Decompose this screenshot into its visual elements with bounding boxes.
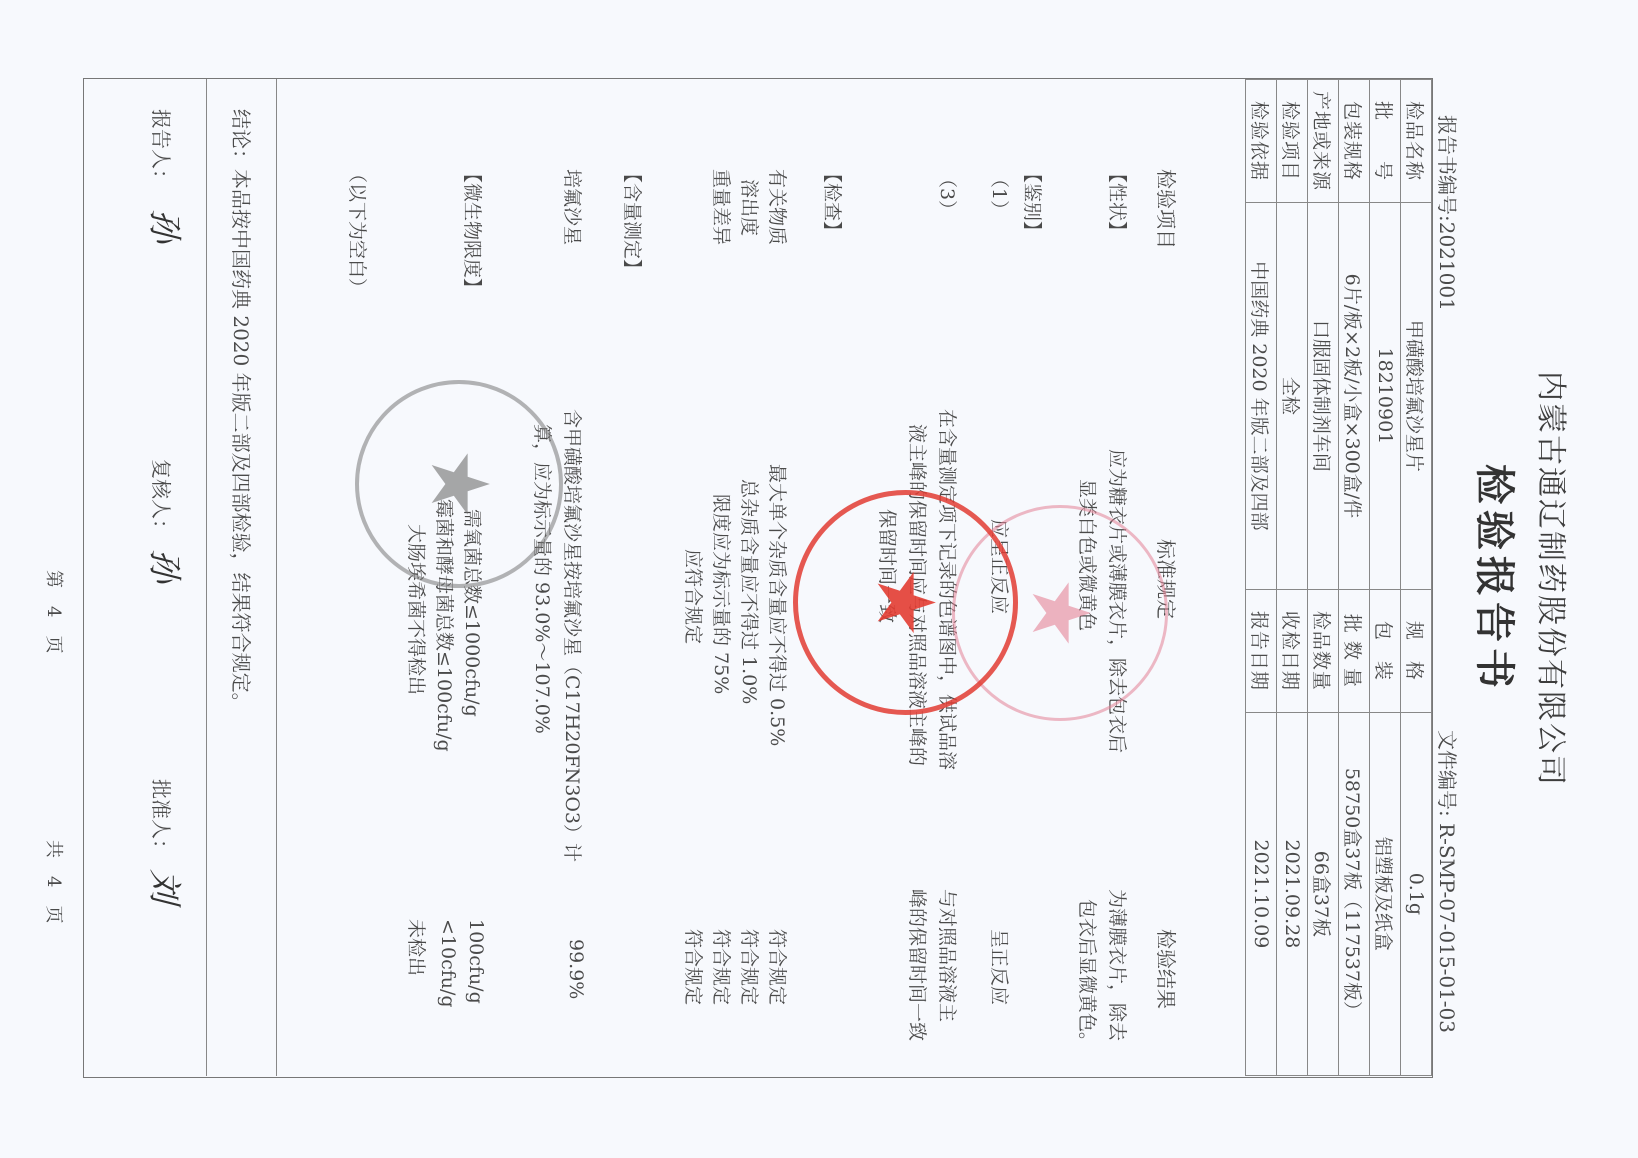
micro-result-2: <10cfu/g bbox=[437, 919, 459, 1008]
info-table: 检品名称甲磺酸培氟沙星片规 格0.1g批 号18210901包 装铝塑板及纸盒包… bbox=[1245, 79, 1432, 1076]
inspection-report-page: 内蒙古通辽制药股份有限公司 检验报告书 报告书编号:2021001 文件编号: … bbox=[0, 0, 1638, 1158]
info-label: 报告日期 bbox=[1246, 589, 1277, 712]
info-row: 包装规格6片/板×2板/小盒×300盒/件批 数 量58750盒37板（1175… bbox=[1339, 80, 1370, 1076]
related-result: 符合规定 bbox=[765, 929, 792, 1005]
info-value: 2021.10.09 bbox=[1246, 712, 1277, 1075]
company-name: 内蒙古通辽制药股份有限公司 bbox=[1532, 0, 1576, 1158]
column-item: 检验项目 bbox=[1153, 169, 1182, 249]
star-icon: ★ bbox=[866, 567, 946, 639]
info-label: 规 格 bbox=[1401, 589, 1432, 712]
column-result: 检验结果 bbox=[1153, 929, 1182, 1009]
assay-item: 培氟沙星 bbox=[560, 169, 587, 245]
info-value: 66盒37板 bbox=[1308, 712, 1339, 1075]
info-label: 包 装 bbox=[1370, 589, 1401, 712]
info-value: 18210901 bbox=[1370, 203, 1401, 590]
info-value: 铝塑板及纸盒 bbox=[1370, 712, 1401, 1075]
reviewer-signature: 孙 bbox=[143, 549, 192, 583]
report-frame: 检品名称甲磺酸培氟沙星片规 格0.1g批 号18210901包 装铝塑板及纸盒包… bbox=[83, 78, 1433, 1078]
info-row: 产地或来源口服固体制剂车间检品数量66盒37板 bbox=[1308, 80, 1339, 1076]
info-value: 甲磺酸培氟沙星片 bbox=[1401, 203, 1432, 590]
reporter-label: 报告人： bbox=[148, 109, 177, 189]
reporter-signature: 孙 bbox=[143, 209, 192, 243]
page-total: 共 4 页 bbox=[42, 840, 68, 923]
info-label: 批 号 bbox=[1370, 80, 1401, 203]
assay-std-1: 含甲磺酸培氟沙星按培氟沙星（C17H20FN3O3）计 bbox=[560, 409, 587, 862]
identification-3-result-2: 峰的保留时间一致 bbox=[905, 889, 932, 1041]
signature-divider bbox=[206, 79, 207, 1076]
micro-result-1: 100cfu/g bbox=[465, 919, 487, 1004]
info-row: 批 号18210901包 装铝塑板及纸盒 bbox=[1370, 80, 1401, 1076]
section-appearance: 【性状】 bbox=[1105, 164, 1132, 240]
related-std-2: 总杂质含量应不得过 1.0% bbox=[737, 479, 764, 704]
info-value: 2021.09.28 bbox=[1277, 712, 1308, 1075]
weight-result: 符合规定 bbox=[709, 929, 736, 1005]
info-value: 58750盒37板（117537板） bbox=[1339, 712, 1370, 1075]
section-assay: 【含量测定】 bbox=[620, 164, 647, 278]
appearance-result-1: 为薄膜衣片，除去 bbox=[1105, 889, 1132, 1041]
info-value: 6片/板×2板/小盒×300盒/件 bbox=[1339, 203, 1370, 590]
gray-seal: ★ bbox=[355, 380, 563, 588]
info-label: 检品名称 bbox=[1401, 80, 1432, 203]
report-title: 检验报告书 bbox=[1469, 0, 1526, 1158]
info-row: 检品名称甲磺酸培氟沙星片规 格0.1g bbox=[1401, 80, 1432, 1076]
info-label: 产地或来源 bbox=[1308, 80, 1339, 203]
report-number: 报告书编号:2021001 bbox=[1434, 115, 1463, 311]
info-value: 0.1g bbox=[1401, 712, 1432, 1075]
identification-1: （1） bbox=[987, 169, 1014, 219]
conclusion: 结论：本品按中国药典 2020 年版二部及四部检验，结果符合规定。 bbox=[228, 109, 257, 713]
related-substances: 有关物质 bbox=[765, 169, 792, 245]
section-microbial: 【微生物限度】 bbox=[460, 164, 487, 297]
identification-3: （3） bbox=[935, 169, 962, 219]
info-label: 批 数 量 bbox=[1339, 589, 1370, 712]
identification-1-result: 呈正反应 bbox=[987, 929, 1014, 1005]
info-value: 口服固体制剂车间 bbox=[1308, 203, 1339, 590]
section-tests: 【检查】 bbox=[820, 164, 847, 240]
star-icon: ★ bbox=[419, 448, 499, 520]
dissolution-result: 符合规定 bbox=[737, 929, 764, 1005]
conclusion-divider bbox=[276, 79, 277, 1076]
weight-std: 应符合规定 bbox=[681, 549, 708, 644]
approver-signature: 刘 bbox=[143, 869, 192, 903]
red-company-seal: ★ bbox=[793, 490, 1018, 715]
info-label: 检品数量 bbox=[1308, 589, 1339, 712]
info-value: 中国药典 2020 年版二部及四部 bbox=[1246, 203, 1277, 590]
star-icon: ★ bbox=[1020, 577, 1100, 649]
weight-variation: 重量差异 bbox=[709, 169, 736, 245]
approver-label: 批准人： bbox=[148, 779, 177, 859]
dissolution: 溶出度 bbox=[737, 179, 764, 236]
info-label: 收检日期 bbox=[1277, 589, 1308, 712]
micro-result-3: 未检出 bbox=[404, 919, 431, 976]
appearance-result-2: 包衣后显微黄色。 bbox=[1075, 899, 1102, 1051]
info-value: 全检 bbox=[1277, 203, 1308, 590]
info-row: 检验依据中国药典 2020 年版二部及四部报告日期2021.10.09 bbox=[1246, 80, 1277, 1076]
identification-3-result-1: 与对照品溶液主 bbox=[935, 889, 962, 1022]
dissolution-std: 限度应为标示量的 75% bbox=[709, 494, 736, 694]
blank-note: （以下为空白） bbox=[345, 164, 372, 297]
section-identification: 【鉴别】 bbox=[1020, 164, 1047, 240]
page-number: 第 4 页 bbox=[42, 570, 68, 653]
info-label: 检验项目 bbox=[1277, 80, 1308, 203]
reviewer-label: 复核人： bbox=[148, 459, 177, 539]
extra-result: 符合规定 bbox=[681, 929, 708, 1005]
info-row: 检验项目全检收检日期2021.09.28 bbox=[1277, 80, 1308, 1076]
file-number: 文件编号: R-SMP-07-015-01-03 bbox=[1434, 730, 1463, 1033]
related-std-1: 最大单个杂质含量应不得过 0.5% bbox=[765, 464, 792, 746]
info-label: 包装规格 bbox=[1339, 80, 1370, 203]
info-label: 检验依据 bbox=[1246, 80, 1277, 203]
assay-result: 99.9% bbox=[565, 939, 587, 999]
